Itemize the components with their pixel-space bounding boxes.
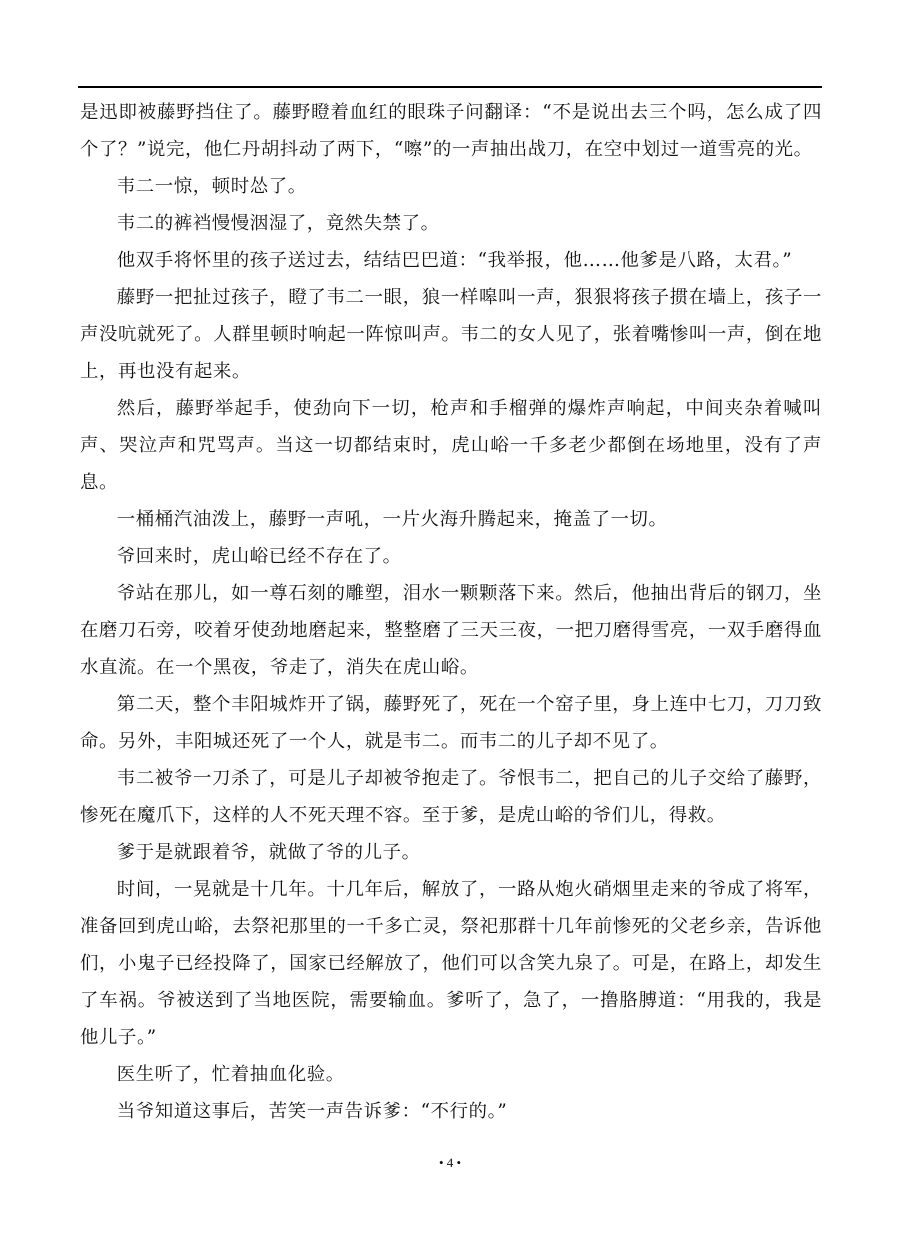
paragraph-2: 韦二的裤裆慢慢洇湿了，竟然失禁了。 bbox=[80, 205, 822, 242]
paragraph-6: 一桶桶汽油泼上，藤野一声吼，一片火海升腾起来，掩盖了一切。 bbox=[80, 501, 822, 538]
paragraph-4: 藤野一把扯过孩子，瞪了韦二一眼，狼一样嗥叫一声，狠狠将孩子掼在墙上，孩子一声没吭… bbox=[80, 279, 822, 390]
paragraph-10: 韦二被爷一刀杀了，可是儿子却被爷抱走了。爷恨韦二，把自己的儿子交给了藤野，惨死在… bbox=[80, 760, 822, 834]
paragraph-1: 韦二一惊，顿时怂了。 bbox=[80, 168, 822, 205]
paragraph-9: 第二天，整个丰阳城炸开了锅，藤野死了，死在一个窑子里，身上连中七刀，刀刀致命。另… bbox=[80, 686, 822, 760]
header-rule bbox=[78, 86, 822, 88]
paragraph-7: 爷回来时，虎山峪已经不存在了。 bbox=[80, 538, 822, 575]
paragraph-8: 爷站在那儿，如一尊石刻的雕塑，泪水一颗颗落下来。然后，他抽出背后的钢刀，坐在磨刀… bbox=[80, 575, 822, 686]
paragraph-13: 医生听了，忙着抽血化验。 bbox=[80, 1056, 822, 1093]
page-number: • 4 • bbox=[0, 1155, 900, 1171]
paragraph-0: 是迅即被藤野挡住了。藤野瞪着血红的眼珠子问翻译：“不是说出去三个吗，怎么成了四个… bbox=[80, 94, 822, 168]
paragraph-11: 爹于是就跟着爷，就做了爷的儿子。 bbox=[80, 834, 822, 871]
paragraph-5: 然后，藤野举起手，使劲向下一切，枪声和手榴弹的爆炸声响起，中间夹杂着喊叫声、哭泣… bbox=[80, 390, 822, 501]
paragraph-12: 时间，一晃就是十几年。十几年后，解放了，一路从炮火硝烟里走来的爷成了将军，准备回… bbox=[80, 871, 822, 1056]
document-body: 是迅即被藤野挡住了。藤野瞪着血红的眼珠子问翻译：“不是说出去三个吗，怎么成了四个… bbox=[80, 94, 822, 1130]
paragraph-3: 他双手将怀里的孩子送过去，结结巴巴道：“我举报，他……他爹是八路，太君。” bbox=[80, 242, 822, 279]
paragraph-14: 当爷知道这事后，苦笑一声告诉爹：“不行的。” bbox=[80, 1093, 822, 1130]
